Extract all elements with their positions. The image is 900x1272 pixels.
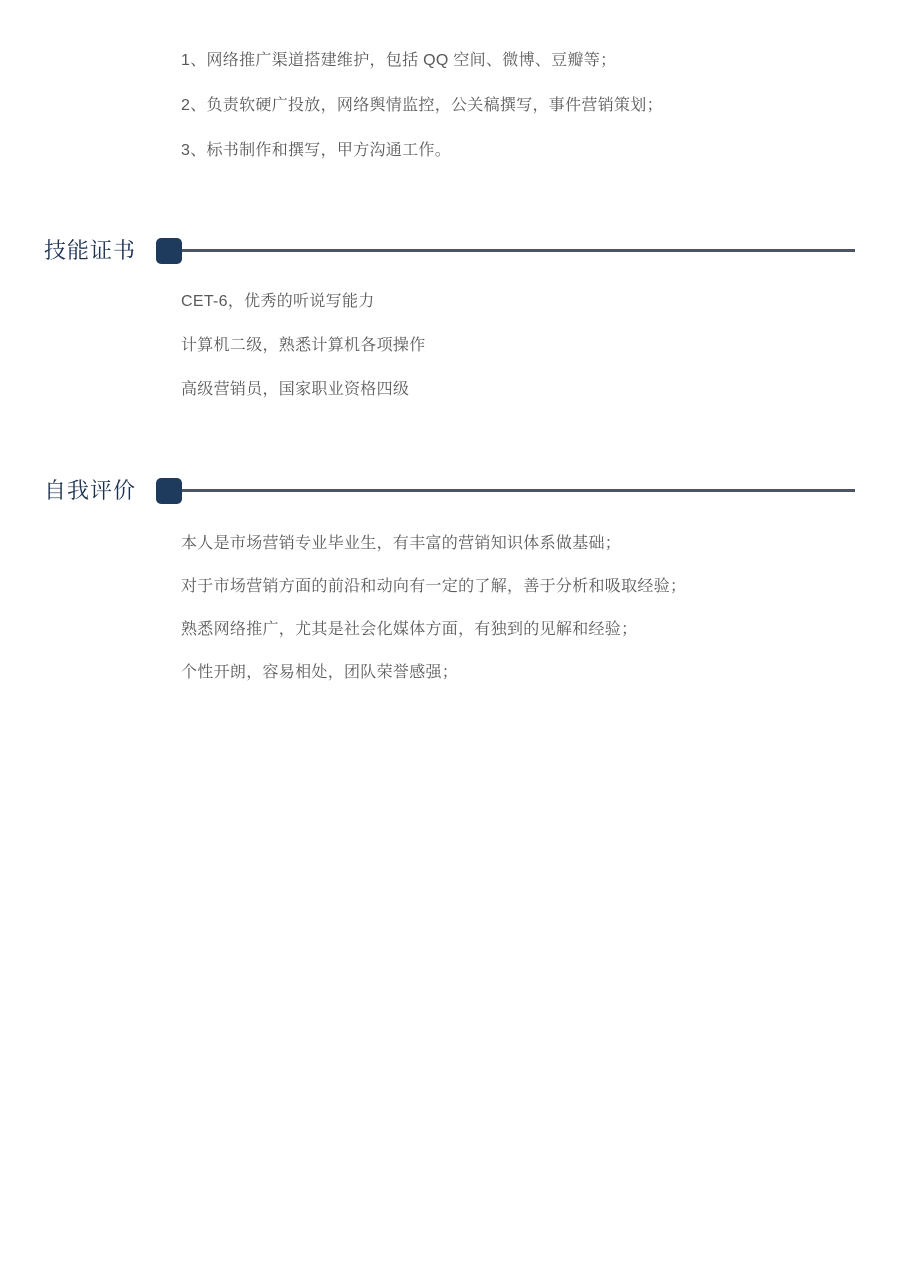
duty-item: 2、负责软硬广投放，网络舆情监控，公关稿撰写，事件营销策划； [181,97,840,115]
skill-item: 高级营销员，国家职业资格四级 [181,381,840,399]
section-bullet-square-icon [156,478,182,504]
skill-item: 计算机二级，熟悉计算机各项操作 [181,337,840,355]
section-divider-line [182,489,855,493]
section-title: 技能证书 [44,237,136,264]
duty-item: 1、网络推广渠道搭建维护，包括 QQ 空间、微博、豆瓣等； [181,52,840,70]
section-title: 自我评价 [44,477,136,504]
skill-item: CET-6，优秀的听说写能力 [181,293,840,311]
resume-page: 1、网络推广渠道搭建维护，包括 QQ 空间、微博、豆瓣等； 2、负责软硬广投放，… [0,0,900,1272]
duty-item: 3、标书制作和撰写，甲方沟通工作。 [181,142,840,160]
skills-list: CET-6，优秀的听说写能力 计算机二级，熟悉计算机各项操作 高级营销员，国家职… [181,293,840,425]
evaluation-item: 对于市场营销方面的前沿和动向有一定的了解，善于分析和吸取经验； [181,578,840,596]
self-evaluation-list: 本人是市场营销专业毕业生，有丰富的营销知识体系做基础； 对于市场营销方面的前沿和… [181,535,840,707]
duties-list: 1、网络推广渠道搭建维护，包括 QQ 空间、微博、豆瓣等； 2、负责软硬广投放，… [181,52,840,187]
section-divider-line [182,249,855,253]
evaluation-item: 本人是市场营销专业毕业生，有丰富的营销知识体系做基础； [181,535,840,553]
section-bullet-square-icon [156,238,182,264]
evaluation-item: 熟悉网络推广，尤其是社会化媒体方面，有独到的见解和经验； [181,621,840,639]
section-header-self-evaluation: 自我评价 [0,477,855,504]
evaluation-item: 个性开朗，容易相处，团队荣誉感强； [181,664,840,682]
section-header-skills: 技能证书 [0,237,855,264]
